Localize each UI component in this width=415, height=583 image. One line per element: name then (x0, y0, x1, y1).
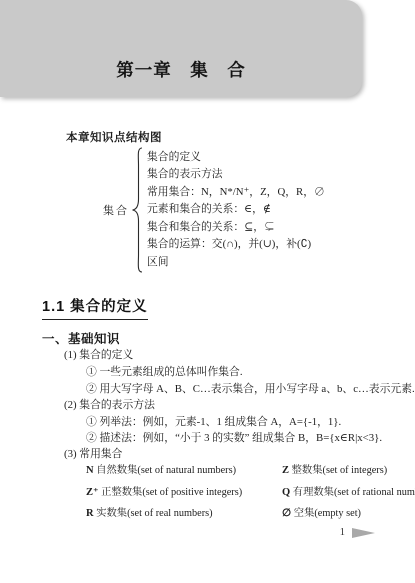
set-entry-natural: N 自然数集(set of natural numbers) (86, 461, 282, 476)
set-label: 空集(empty set) (294, 508, 361, 519)
branch-element-relation: 元素和集合的关系：∈，∉ (147, 201, 325, 219)
item1-sub1: ① 一些元素组成的总体叫作集合. (86, 364, 243, 379)
branch-common-sets: 常用集合：N，N*/N⁺，Z，Q，R，∅ (147, 184, 325, 202)
set-entry-empty: ∅ 空集(empty set) (282, 504, 415, 519)
structure-diagram-heading: 本章知识点结构图 (66, 129, 162, 145)
chapter-banner: 第一章 集 合 (0, 0, 362, 97)
item2-sub1: ① 列举法：例如，元素-1、1 组成集合 A，A={-1，1}. (86, 414, 341, 429)
diagram-root-label: 集合 (103, 202, 129, 218)
set-label: 实数集(set of real numbers) (96, 508, 212, 519)
set-symbol: ∅ (282, 508, 291, 519)
page-arrow-icon (352, 528, 375, 538)
item1-label: (1) 集合的定义 (64, 347, 133, 362)
branch-representation: 集合的表示方法 (147, 166, 325, 184)
subsection-title: 一、基础知识 (42, 329, 120, 347)
left-brace-icon (132, 147, 143, 273)
item2-sub2: ② 描述法：例如，“小于 3 的实数” 组成集合 B，B={x∈R|x<3}. (86, 430, 382, 445)
branch-definition: 集合的定义 (147, 149, 325, 167)
diagram-branches: 集合的定义 集合的表示方法 常用集合：N，N*/N⁺，Z，Q，R，∅ 元素和集合… (147, 149, 325, 272)
set-label: 有理数集(set of rational numbers) (293, 487, 415, 498)
set-entry-rational: Q 有理数集(set of rational numbers) (282, 483, 415, 498)
chapter-title: 第一章 集 合 (0, 57, 362, 82)
set-label: 整数集(set of integers) (292, 465, 388, 476)
textbook-page: 第一章 集 合 本章知识点结构图 集合 集合的定义 集合的表示方法 常用集合：N… (0, 0, 415, 583)
set-label: 正整数集(set of positive integers) (101, 487, 242, 498)
set-entry-positive-integers: Z⁺ 正整数集(set of positive integers) (86, 483, 282, 498)
item1-sub2: ② 用大写字母 A、B、C…表示集合，用小写字母 a、b、c…表示元素. (86, 381, 415, 396)
branch-operations: 集合的运算：交(∩)，并(∪)，补(∁) (147, 236, 325, 254)
set-symbol: Z (282, 465, 289, 476)
section-title: 1.1 集合的定义 (42, 295, 148, 320)
item3-label: (3) 常用集合 (64, 446, 122, 461)
set-symbol: Q (282, 487, 290, 498)
set-symbol: R (86, 508, 94, 519)
branch-set-relation: 集合和集合的关系：⊆，⊊ (147, 219, 325, 237)
set-entry-real: R 实数集(set of real numbers) (86, 504, 282, 519)
set-symbol: Z⁺ (86, 487, 99, 498)
item2-label: (2) 集合的表示方法 (64, 397, 155, 412)
common-sets-grid: N 自然数集(set of natural numbers) Z 整数集(set… (86, 461, 415, 519)
page-footer: 1 (340, 527, 375, 538)
set-label: 自然数集(set of natural numbers) (96, 465, 236, 476)
set-symbol: N (86, 465, 94, 476)
structure-diagram: 集合 集合的定义 集合的表示方法 常用集合：N，N*/N⁺，Z，Q，R，∅ 元素… (103, 147, 325, 273)
branch-interval: 区间 (147, 254, 325, 272)
set-entry-integers: Z 整数集(set of integers) (282, 461, 415, 476)
page-number: 1 (340, 527, 345, 538)
